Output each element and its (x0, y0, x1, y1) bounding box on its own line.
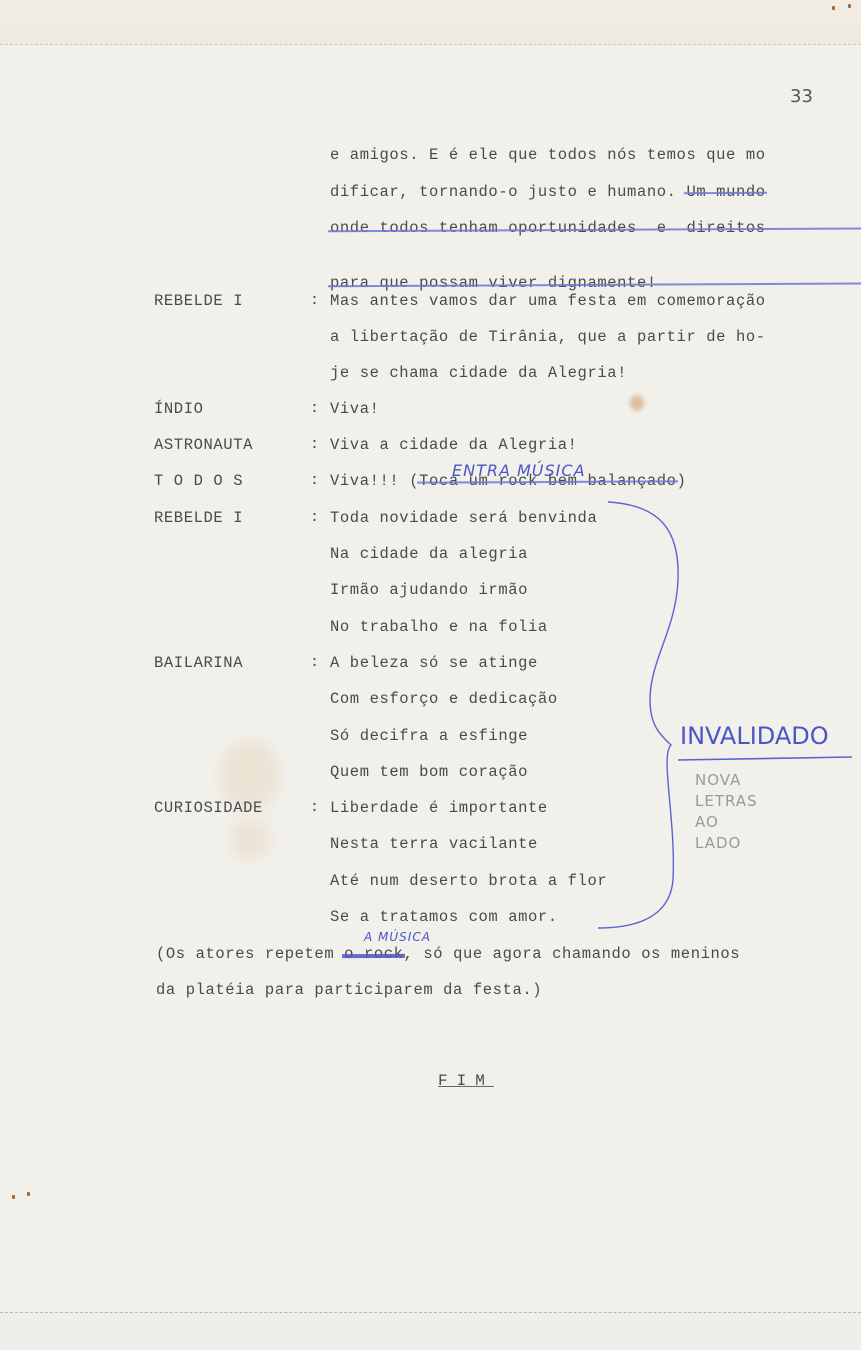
handwritten-bracket (0, 0, 861, 1350)
end-mark: FIM (438, 1072, 494, 1090)
typewritten-page: 33 e amigos. E é ele que todos nós temos… (0, 0, 861, 1350)
